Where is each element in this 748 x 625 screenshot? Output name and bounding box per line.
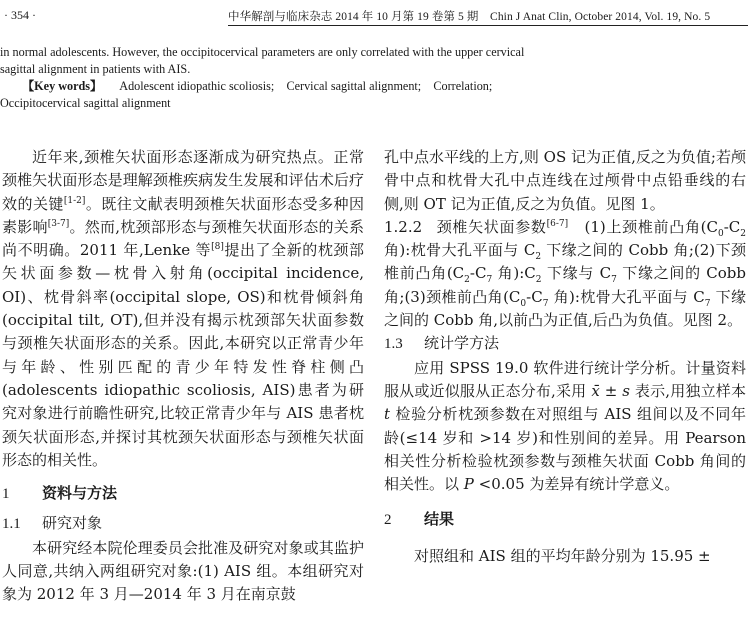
page-header: · 354 · 中华解剖与临床杂志 2014 年 10 月第 19 卷第 5 期…: [0, 8, 748, 26]
running-head: 中华解剖与临床杂志 2014 年 10 月第 19 卷第 5 期 Chin J …: [228, 8, 748, 26]
intro-paragraph: 近年来,颈椎矢状面形态逐渐成为研究热点。正常颈椎矢状面形态是理解颈椎疾病发生发展…: [2, 146, 364, 472]
statistics-paragraph: 应用 SPSS 19.0 软件进行统计学分析。计量资料服从或近似服从正态分布,采…: [384, 357, 746, 497]
text: 角):枕骨大孔平面与 C: [384, 241, 535, 259]
section-number: 1.3: [384, 333, 424, 356]
continued-paragraph: 孔中点水平线的上方,则 OS 记为正值,反之为负值;若颅骨中点和枕骨大孔中点连线…: [384, 146, 746, 216]
section-number: 1: [2, 483, 42, 506]
keywords-label: 【Key words】: [0, 79, 102, 93]
text: 提出了全新的枕颈部矢状面参数—枕骨入射角(occipital incidence…: [2, 241, 364, 469]
section-title: 统计学方法: [424, 334, 499, 352]
text: 表示,用独立样本: [630, 382, 746, 400]
keywords-text: Adolescent idiopathic scoliosis; Cervica…: [105, 79, 492, 93]
abstract-line: in normal adolescents. However, the occi…: [0, 44, 748, 61]
citation: [8]: [211, 242, 224, 252]
section-title: 研究对象: [42, 514, 102, 532]
text: (1)上颈椎前凸角(C: [568, 218, 718, 236]
section-title: 资料与方法: [42, 484, 117, 502]
keywords-line: 【Key words】 Adolescent idiopathic scolio…: [0, 78, 748, 95]
keywords-line-2: Occipitocervical sagittal alignment: [0, 95, 748, 112]
section-1-2-2: 1.2.2颈椎矢状面参数[6-7] (1)上颈椎前凸角(C0-C2 角):枕骨大…: [384, 216, 746, 332]
section-number: 2: [384, 509, 424, 532]
section-number: 1.2.2: [384, 216, 436, 239]
left-column: 近年来,颈椎矢状面形态逐渐成为研究热点。正常颈椎矢状面形态是理解颈椎疾病发生发展…: [2, 146, 364, 607]
citation: [1-2]: [64, 196, 86, 206]
section-title: 颈椎矢状面参数: [436, 218, 547, 236]
section-heading-1: 1资料与方法: [2, 482, 364, 506]
citation: [6-7]: [547, 219, 569, 229]
section-number: 1.1: [2, 513, 42, 536]
abstract-tail: in normal adolescents. However, the occi…: [0, 44, 748, 112]
abstract-line: sagittal alignment in patients with AIS.: [0, 61, 748, 78]
section-heading-2: 2结果: [384, 508, 746, 532]
math: P: [464, 475, 474, 493]
subjects-paragraph: 本研究经本院伦理委员会批准及研究对象或其监护人同意,共纳入两组研究对象:(1) …: [2, 537, 364, 607]
page-number: · 354 ·: [4, 8, 36, 23]
math: x̄ ± s: [591, 382, 630, 400]
section-heading-1-1: 1.1研究对象: [2, 512, 364, 536]
citation: [3-7]: [48, 219, 70, 229]
results-paragraph: 对照组和 AIS 组的平均年龄分别为 15.95 ±: [384, 545, 746, 568]
text: 下缘与 C: [542, 264, 612, 282]
right-column: 孔中点水平线的上方,则 OS 记为正值,反之为负值;若颅骨中点和枕骨大孔中点连线…: [384, 146, 746, 568]
section-heading-1-3: 1.3统计学方法: [384, 332, 746, 356]
section-title: 结果: [424, 510, 454, 528]
text: 角):枕骨大孔平面与 C: [554, 288, 705, 306]
text: 角):C: [498, 264, 536, 282]
text: <0.05 为差异有统计学意义。: [474, 475, 680, 493]
